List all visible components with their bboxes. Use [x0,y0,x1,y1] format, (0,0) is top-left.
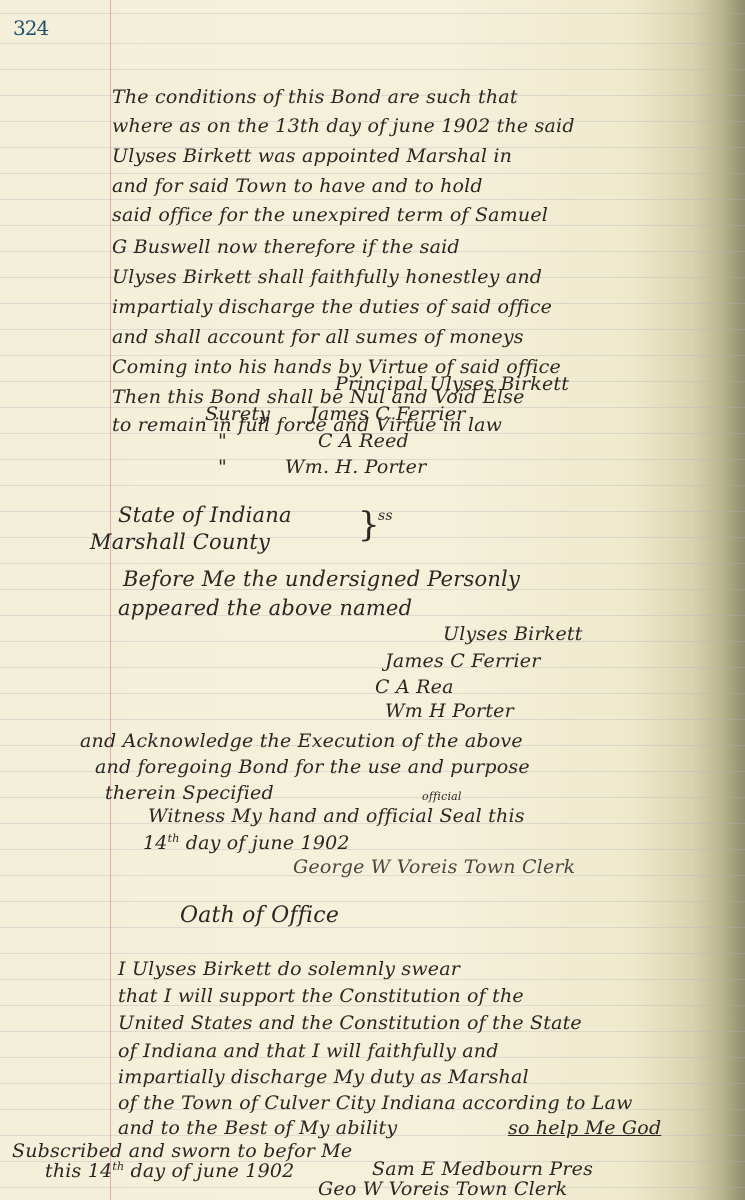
ack-name: C A Rea [375,676,454,698]
margin-line [110,0,111,1200]
bond-line: impartialy discharge the duties of said … [112,296,552,318]
bond-line: where as on the 13th day of june 1902 th… [112,115,575,137]
brace: } [358,505,380,545]
oath-line: impartially discharge My duty as Marshal [118,1066,529,1088]
clerk-signature: George W Voreis Town Clerk [293,856,575,878]
oath-date: this 14th day of june 1902 [45,1160,294,1182]
oath-line: United States and the Constitution of th… [118,1012,582,1034]
president-signature: Sam E Medbourn Pres [372,1158,593,1180]
bond-line: and for said Town to have and to hold [112,175,483,197]
ack-body: and Acknowledge the Execution of the abo… [80,730,523,752]
surety-signature: Wm. H. Porter [285,456,426,478]
oath-closing: so help Me God [508,1117,661,1139]
ack-name: James C Ferrier [385,650,541,672]
oath-line: and to the Best of My ability [118,1117,397,1139]
ss-mark: ss [378,508,393,524]
county-name: Marshall County [90,530,270,554]
town-clerk-signature: Geo W Voreis Town Clerk [318,1178,567,1200]
oath-line: I Ulyses Birkett do solemnly swear [118,958,460,980]
bond-line: G Buswell now therefore if the said [112,236,460,258]
ditto-mark: " [218,430,227,452]
state-name: State of Indiana [118,503,292,527]
surety-signature: James C Ferrier [310,403,466,425]
ack-body: therein Specified [105,782,274,804]
ditto-mark: " [218,456,227,478]
oath-line: of the Town of Culver City Indiana accor… [118,1092,633,1114]
bond-line: and shall account for all sumes of money… [112,326,524,348]
oath-line: that I will support the Constitution of … [118,985,524,1007]
principal-signature: Principal Ulyses Birkett [335,373,569,395]
ack-intro: Before Me the undersigned Personly [123,567,520,591]
bond-line: Ulyses Birkett was appointed Marshal in [112,145,512,167]
bond-line: The conditions of this Bond are such tha… [112,86,518,108]
witness-date: 14th day of june 1902 [143,832,350,854]
witness-insert: official [422,790,462,803]
ack-name: Wm H Porter [385,700,514,722]
oath-line: of Indiana and that I will faithfully an… [118,1040,499,1062]
witness-line: Witness My hand and official Seal this [148,805,525,827]
ack-body: and foregoing Bond for the use and purpo… [95,756,530,778]
oath-title: Oath of Office [180,903,339,928]
surety-signature: C A Reed [318,430,409,452]
bond-line: said office for the unexpired term of Sa… [112,204,548,226]
surety-label: Surety [205,403,270,425]
page-number: 324 [13,16,48,40]
ack-intro: appeared the above named [118,596,412,620]
bond-line: Ulyses Birkett shall faithfully honestle… [112,266,542,288]
ack-name: Ulyses Birkett [443,623,583,645]
subscribed-line: Subscribed and sworn to befor Me [12,1140,352,1162]
